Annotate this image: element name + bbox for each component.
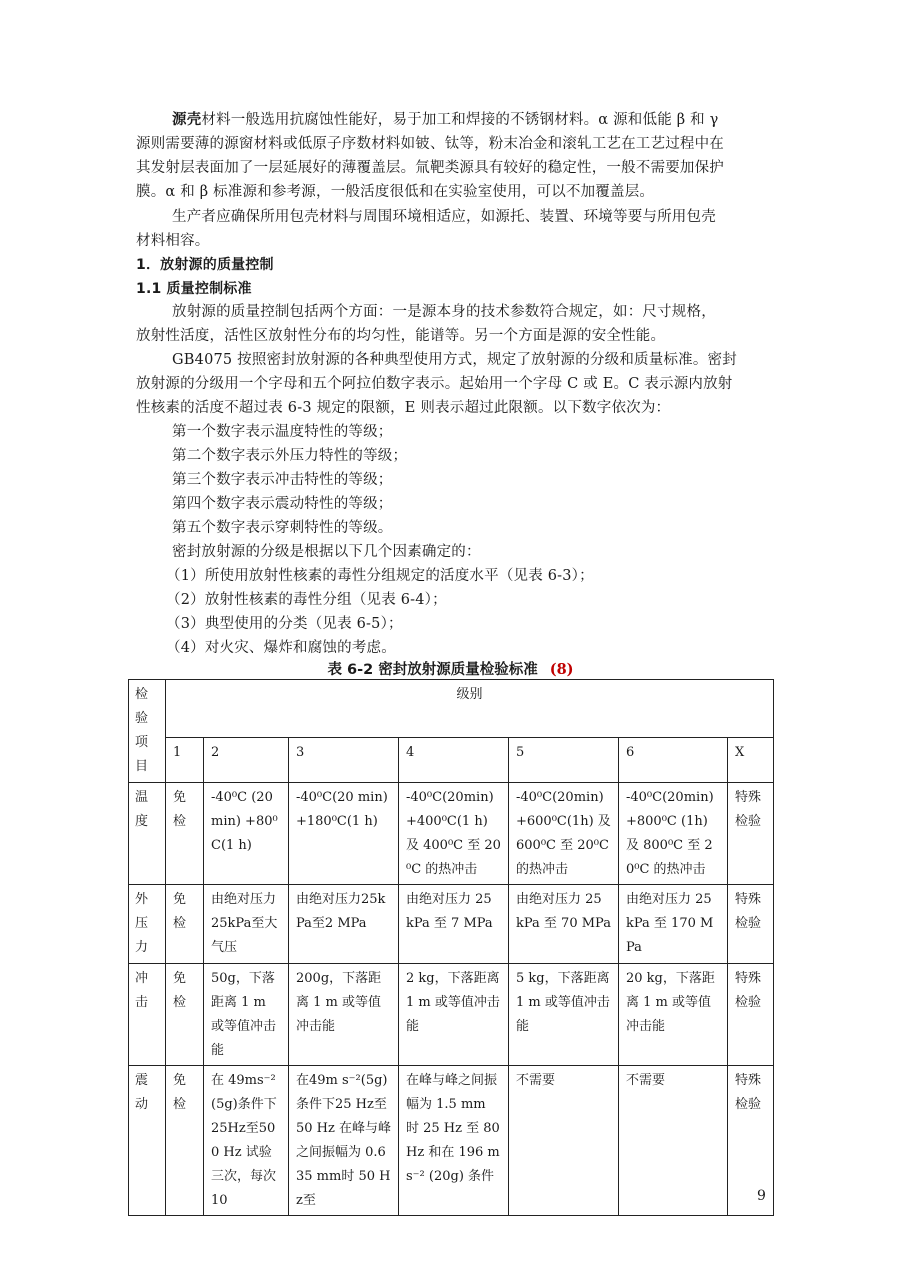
bold-term: 源壳 xyxy=(172,111,201,128)
table-cell: 由绝对压力 25 kPa 至 7 MPa xyxy=(399,885,509,964)
digit-item: 第三个数字表示冲击特性的等级； xyxy=(172,468,776,492)
factors-intro: 密封放射源的分级是根据以下几个因素确定的： xyxy=(172,540,776,564)
grade-header: 级别 xyxy=(166,680,774,738)
table-row: 温度 免检 -40⁰C (20min) +80⁰C(1 h) -40⁰C(20 … xyxy=(129,783,774,885)
grade-number-row: 1 2 3 4 5 6 X xyxy=(129,738,774,783)
grade-col: 6 xyxy=(619,738,728,783)
factor-item: （2）放射性核素的毒性分组（见表 6-4）； xyxy=(166,588,806,612)
table-cell: -40⁰C(20 min) +180⁰C(1 h) xyxy=(289,783,399,885)
table-row: 外压力 免检 由绝对压力25kPa至大气压 由绝对压力25kPa至2 MPa 由… xyxy=(129,885,774,964)
digit-item: 第二个数字表示外压力特性的等级； xyxy=(172,444,776,468)
table-cell: 免检 xyxy=(166,1066,204,1216)
grade-col: X xyxy=(728,738,774,783)
table-cell: 特殊检验 xyxy=(728,1066,774,1216)
grade-col: 2 xyxy=(204,738,289,783)
table-cell: 5 kg，下落距离 1 m 或等值冲击能 xyxy=(509,964,619,1066)
para1-line1: 源壳材料一般选用抗腐蚀性能好，易于加工和焊接的不锈钢材料。α 源和低能 β 和 … xyxy=(172,108,776,132)
digit-item: 第四个数字表示震动特性的等级； xyxy=(172,492,776,516)
row-label: 外压力 xyxy=(129,885,166,964)
table-caption-text: 表 6-2 密封放射源质量检验标准 xyxy=(327,662,537,678)
table-cell: -40⁰C(20min) +600⁰C(1h) 及 600⁰C 至 20⁰C 的… xyxy=(509,783,619,885)
table-cell: 不需要 xyxy=(509,1066,619,1216)
para1-line4: 膜。α 和 β 标准源和参考源，一般活度很低和在实验室使用，可以不加覆盖层。 xyxy=(136,180,776,204)
table-cell: 由绝对压力25kPa至2 MPa xyxy=(289,885,399,964)
table-cell: 特殊检验 xyxy=(728,885,774,964)
digit-item: 第一个数字表示温度特性的等级； xyxy=(172,420,776,444)
table-cell: 在49m s⁻²(5g)条件下25 Hz至50 Hz 在峰与峰之间振幅为 0.6… xyxy=(289,1066,399,1216)
table-cell: 由绝对压力 25 kPa 至 170 MPa xyxy=(619,885,728,964)
table-cell: 50g，下落距离 1 m 或等值冲击能 xyxy=(204,964,289,1066)
table-cell: 在 49ms⁻² (5g)条件下 25Hz至500 Hz 试验三次，每次10 xyxy=(204,1066,289,1216)
table-header-row: 检验项目 级别 xyxy=(129,680,774,738)
grade-col: 5 xyxy=(509,738,619,783)
page-number: 9 xyxy=(757,1188,766,1204)
table-cell: -40⁰C (20min) +80⁰C(1 h) xyxy=(204,783,289,885)
document-page: 源壳材料一般选用抗腐蚀性能好，易于加工和焊接的不锈钢材料。α 源和低能 β 和 … xyxy=(0,0,905,1280)
table-cell: 免检 xyxy=(166,885,204,964)
factor-item: （4）对火灾、爆炸和腐蚀的考虑。 xyxy=(166,636,806,660)
table-cell: 2 kg，下落距离 1 m 或等值冲击能 xyxy=(399,964,509,1066)
para3-line1: 放射源的质量控制包括两个方面：一是源本身的技术参数符合规定，如：尺寸规格， xyxy=(172,300,776,324)
section-heading: 1．放射源的质量控制 xyxy=(136,253,776,277)
para4-line2: 放射源的分级用一个字母和五个阿拉伯数字表示。起始用一个字母 C 或 E。C 表示… xyxy=(136,372,776,396)
table-cell: 由绝对压力25kPa至大气压 xyxy=(204,885,289,964)
table-cell: 20 kg，下落距离 1 m 或等值冲击能 xyxy=(619,964,728,1066)
subsection-heading: 1.1 质量控制标准 xyxy=(136,277,776,301)
quality-standard-table: 检验项目 级别 1 2 3 4 5 6 X 温度 免检 -40⁰C (20min… xyxy=(128,679,774,1216)
item-header: 检验项目 xyxy=(129,680,166,783)
table-cell: 由绝对压力 25 kPa 至 70 MPa xyxy=(509,885,619,964)
table-cell: 免检 xyxy=(166,964,204,1066)
para4-line3: 性核素的活度不超过表 6-3 规定的限额，E 则表示超过此限额。以下数字依次为： xyxy=(136,396,776,420)
table-row: 冲击 免检 50g，下落距离 1 m 或等值冲击能 200g，下落距离 1 m … xyxy=(129,964,774,1066)
grade-col: 1 xyxy=(166,738,204,783)
row-label: 冲击 xyxy=(129,964,166,1066)
table-caption: 表 6-2 密封放射源质量检验标准(8) xyxy=(128,659,773,681)
grade-col: 3 xyxy=(289,738,399,783)
table-cell: 在峰与峰之间振幅为 1.5 mm 时 25 Hz 至 80 Hz 和在 196 … xyxy=(399,1066,509,1216)
para2-line2: 材料相容。 xyxy=(136,229,776,253)
para1-line2: 源则需要薄的源窗材料或低原子序数材料如铍、钛等，粉末冶金和滚轧工艺在工艺过程中在 xyxy=(136,132,776,156)
para2-line1: 生产者应确保所用包壳材料与周围环境相适应，如源托、装置、环境等要与所用包壳 xyxy=(172,205,776,229)
digit-item: 第五个数字表示穿刺特性的等级。 xyxy=(172,516,776,540)
reference-marker: (8) xyxy=(550,661,574,678)
table-row: 震动 免检 在 49ms⁻² (5g)条件下 25Hz至500 Hz 试验三次，… xyxy=(129,1066,774,1216)
table-cell: 特殊检验 xyxy=(728,964,774,1066)
para3-line2: 放射性活度，活性区放射性分布的均匀性，能谱等。另一个方面是源的安全性能。 xyxy=(136,324,776,348)
factor-item: （1）所使用放射性核素的毒性分组规定的活度水平（见表 6-3）； xyxy=(166,564,806,588)
row-label: 温度 xyxy=(129,783,166,885)
grade-col: 4 xyxy=(399,738,509,783)
row-label: 震动 xyxy=(129,1066,166,1216)
table-cell: 免检 xyxy=(166,783,204,885)
table-cell: 200g，下落距离 1 m 或等值冲击能 xyxy=(289,964,399,1066)
para4-line1: GB4075 按照密封放射源的各种典型使用方式，规定了放射源的分级和质量标准。密… xyxy=(172,348,776,372)
factor-item: （3）典型使用的分类（见表 6-5）； xyxy=(166,612,806,636)
table-cell: -40⁰C(20min) +400⁰C(1 h) 及 400⁰C 至 20⁰C … xyxy=(399,783,509,885)
table-cell: 不需要 xyxy=(619,1066,728,1216)
table-cell: 特殊检验 xyxy=(728,783,774,885)
table-cell: -40⁰C(20min)+800⁰C (1h) 及 800⁰C 至 20⁰C 的… xyxy=(619,783,728,885)
para1-line3: 其发射层表面加了一层延展好的薄覆盖层。氚靶类源具有较好的稳定性，一般不需要加保护 xyxy=(136,156,776,180)
